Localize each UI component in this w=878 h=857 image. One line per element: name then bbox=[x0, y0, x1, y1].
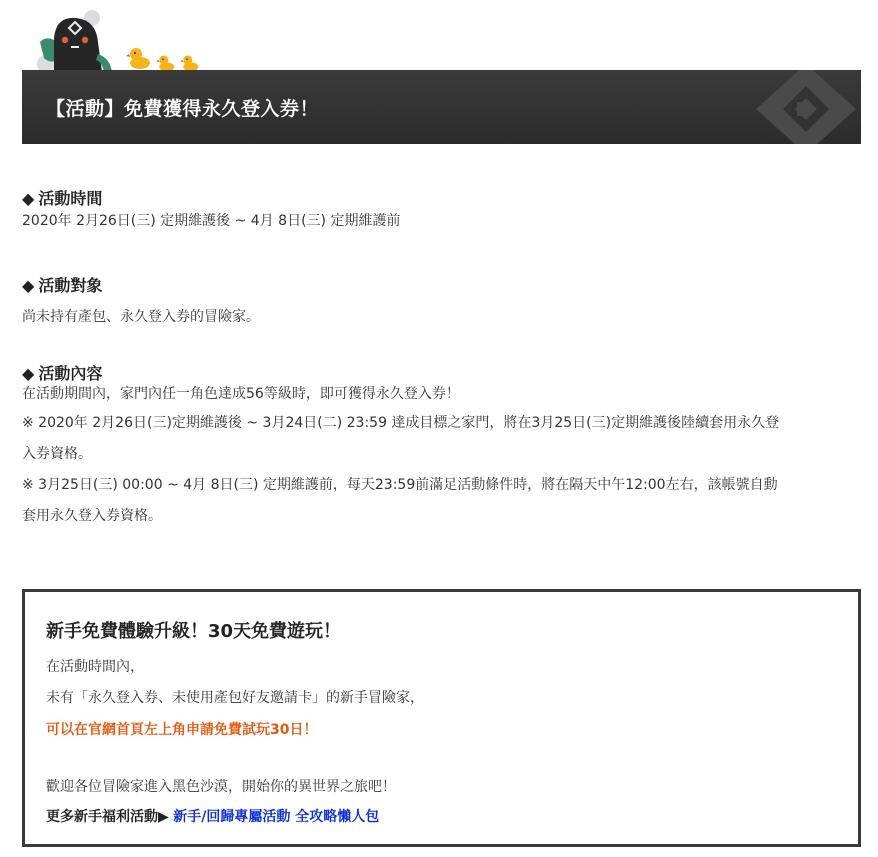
beginner-guide-link[interactable]: 新手/回歸專屬活動 全攻略懶人包 bbox=[173, 809, 379, 825]
diamond-icon: ◆ bbox=[22, 276, 34, 295]
section-heading: ◆活動對象 bbox=[22, 273, 260, 296]
section-text: 入券資格。 bbox=[22, 439, 779, 470]
promo-text: 在活動時間內， bbox=[46, 656, 144, 676]
promo-box: 新手免費體驗升級！30天免費遊玩！ 在活動時間內， 未有「永久登入券、未使用產包… bbox=[22, 589, 861, 847]
brand-logo-icon bbox=[751, 70, 861, 144]
title-banner: 【活動】免費獲得永久登入券！ bbox=[22, 70, 861, 144]
section-event-time: ◆活動時間 2020年 2月26日(三) 定期維護後 ~ 4月 8日(三) 定期… bbox=[22, 186, 400, 237]
promo-title: 新手免費體驗升級！30天免費遊玩！ bbox=[46, 617, 341, 643]
promo-text: 未有「永久登入券、未使用產包好友邀請卡」的新手冒險家， bbox=[46, 687, 424, 707]
section-text: 尚未持有產包、永久登入券的冒險家。 bbox=[22, 302, 260, 333]
section-event-content: ◆活動內容 在活動期間內，家門內任一角色達成56等級時，即可獲得永久登入券！ ※… bbox=[22, 361, 779, 532]
promo-welcome: 歡迎各位冒險家進入黑色沙漠，開始你的異世界之旅吧！ bbox=[46, 776, 396, 796]
section-text: ※ 2020年 2月26日(三)定期維護後 ~ 3月24日(二) 23:59 達… bbox=[22, 408, 779, 439]
mascot-icon bbox=[32, 8, 132, 72]
section-text: 在活動期間內，家門內任一角色達成56等級時，即可獲得永久登入券！ bbox=[22, 380, 779, 408]
section-text: 2020年 2月26日(三) 定期維護後 ~ 4月 8日(三) 定期維護前 bbox=[22, 206, 400, 237]
promo-more-label: 更多新手福利活動▶ bbox=[46, 809, 169, 825]
mascot-decoration bbox=[22, 0, 222, 72]
section-text: ※ 3月25日(三) 00:00 ~ 4月 8日(三) 定期維護前，每天23:5… bbox=[22, 470, 779, 501]
promo-highlight: 可以在官網首頁左上角申請免費試玩30日！ bbox=[46, 719, 317, 739]
section-text: 套用永久登入券資格。 bbox=[22, 501, 779, 532]
section-event-target: ◆活動對象 尚未持有產包、永久登入券的冒險家。 bbox=[22, 273, 260, 333]
promo-more-row: 更多新手福利活動▶ 新手/回歸專屬活動 全攻略懶人包 bbox=[46, 806, 379, 826]
duck-icon bbox=[126, 46, 152, 70]
page-title: 【活動】免費獲得永久登入券！ bbox=[46, 94, 319, 121]
